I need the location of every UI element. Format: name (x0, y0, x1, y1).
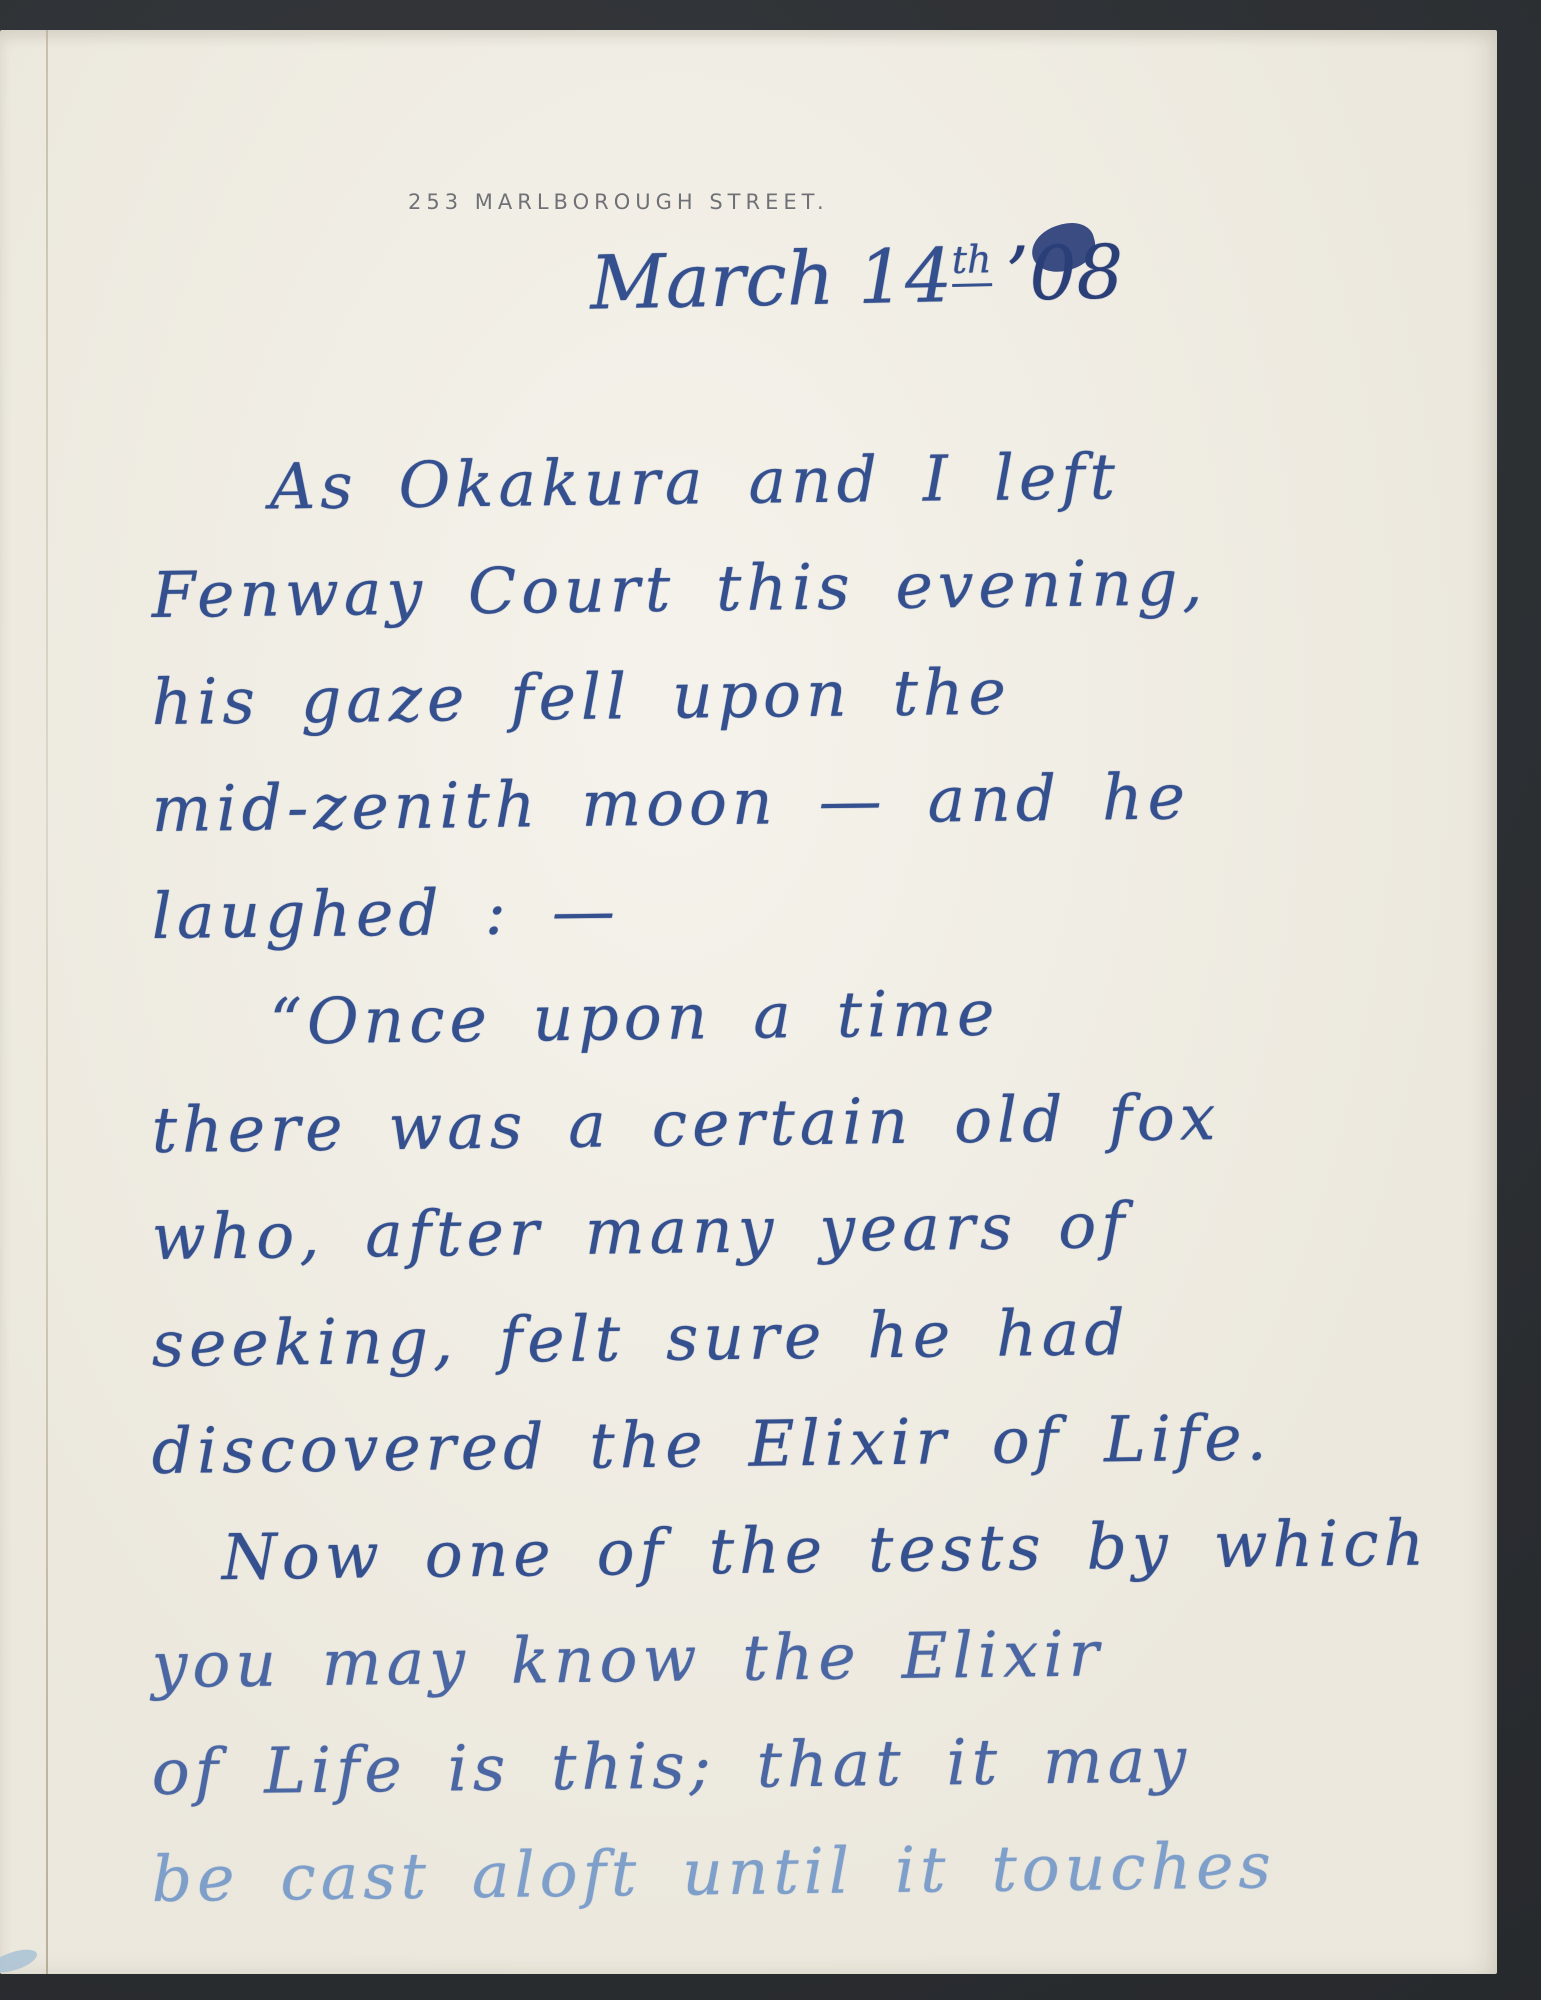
photo-background: 253 MARLBOROUGH STREET. March 14th’08 As… (0, 0, 1541, 2000)
letter-line: “Once upon a time (151, 971, 1492, 1094)
letter-line: Fenway Court this evening, (151, 543, 1492, 666)
letter-line: discovered the Elixir of Life. (151, 1399, 1492, 1522)
ink-smudge (0, 1945, 40, 1977)
letterhead-address: 253 MARLBOROUGH STREET. (408, 190, 829, 214)
letter-line: there was a certain old fox (151, 1078, 1492, 1201)
letter-line: mid-zenith moon — and he (151, 757, 1492, 880)
letter-line: of Life is this; that it may (151, 1720, 1492, 1843)
paper-fold-line (46, 30, 48, 1974)
letter-line: who, after many years of (151, 1185, 1492, 1308)
letter-line: seeking, felt sure he had (151, 1292, 1492, 1415)
letter-line: you may know the Elixir (151, 1613, 1492, 1736)
letter-line: laughed : — (151, 864, 1492, 987)
date-line: March 14th’08 (589, 229, 1124, 326)
date-year-wrap: ’08 (1005, 229, 1124, 317)
letter-page: 253 MARLBOROUGH STREET. March 14th’08 As… (0, 30, 1497, 1974)
letter-body: As Okakura and I leftFenway Court this e… (152, 452, 1492, 1950)
date-ordinal: th (951, 237, 992, 287)
letter-line: As Okakura and I left (151, 436, 1492, 559)
date-month-day: March 14 (589, 233, 953, 327)
letter-line: be cast aloft until it touches (151, 1827, 1492, 1950)
letter-line: Now one of the tests by which (151, 1506, 1492, 1629)
letter-line: his gaze fell upon the (151, 650, 1492, 773)
